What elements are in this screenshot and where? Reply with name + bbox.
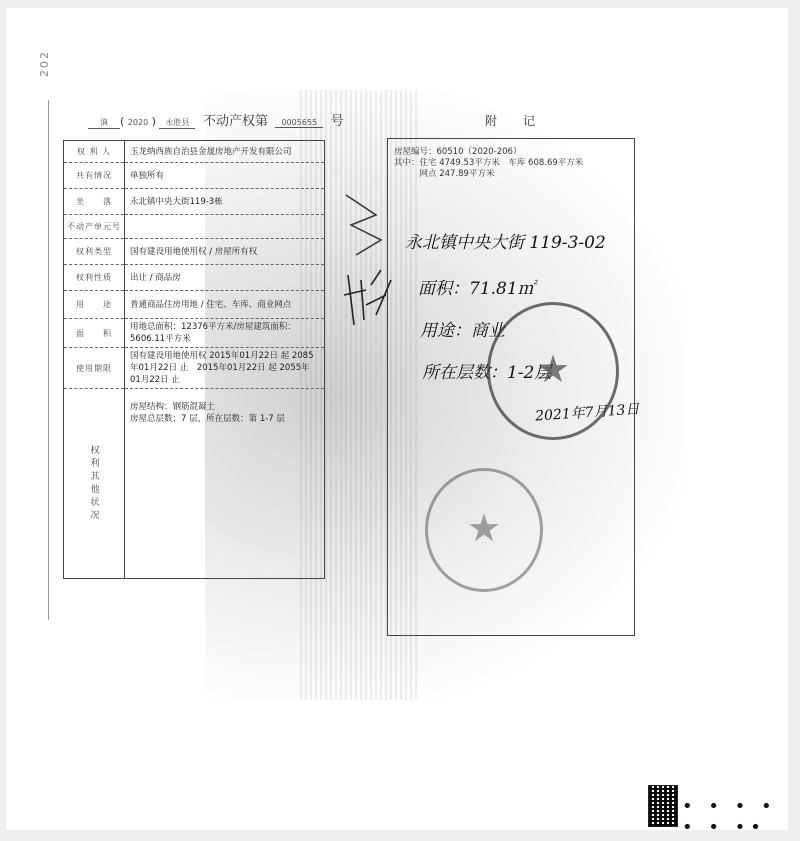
table-row: 共有情况单独所有 [64,163,325,189]
field-label: 权利其他状况 [64,389,125,579]
field-label: 共有情况 [64,163,125,189]
handwritten-area: 面积：71.81㎡ [418,274,535,299]
field-value: 用地总面积：12376平方米/房屋建筑面积：5606.11平方米 [125,319,325,348]
side-page-number: 202 [38,50,51,77]
field-label: 权利性质 [64,265,125,291]
table-row: 不动产单元号 [64,215,325,239]
table-row-other-status: 权利其他状况房屋结构：钢筋混凝土房屋总层数：7 层，所在层数：第 1-7 层 [64,389,325,579]
other-status-label: 权利其他状况 [88,445,101,523]
field-label: 权 利 人 [64,141,125,163]
footer-dots: • • • • • • •• [682,796,800,838]
field-value: 单独所有 [125,163,325,189]
header-year: 2020 [128,118,148,127]
attachment-line: 房屋编号：60510（2020-206） [394,147,583,158]
handwritten-signature [336,185,396,335]
qr-code [648,785,678,827]
table-row: 权利类型国有建设用地使用权 / 房屋所有权 [64,239,325,265]
other-status-line: 房屋总层数：7 层，所在层数：第 1-7 层 [130,413,319,425]
header-cert-number: 0005655 [275,118,323,128]
attachment-title: 附记 [485,112,561,129]
table-row: 坐 落永北镇中央大街119-3栋 [64,189,325,215]
header-prefix: 滇 [88,117,120,129]
table-row: 用 途普通商品住房用地 / 住宅、车库、商业网点 [64,291,325,319]
attachment-line: 其中：住宅 4749.53平方米 车库 608.69平方米 [394,158,583,169]
company-seal-upper: ★ [487,302,619,440]
star-icon: ★ [467,506,501,550]
field-value: 国有建设用地使用权 / 房屋所有权 [125,239,325,265]
header-county: 永胜县 [159,117,195,129]
attachment-printed-text: 房屋编号：60510（2020-206） 其中：住宅 4749.53平方米 车库… [394,147,583,180]
table-row: 权利性质出让 / 商品房 [64,265,325,291]
header-suffix: 号 [331,114,344,129]
table-row: 权 利 人玉龙纳西族自治县金晟房地产开发有限公司 [64,141,325,163]
field-label: 面 积 [64,319,125,348]
company-seal-lower: ★ [425,468,543,592]
certificate-header: 滇( 2020 ) 永胜县 不动产权第 0005655 号 [88,110,348,129]
handwritten-address: 永北镇中央大街 119-3-02 [405,228,606,253]
field-value: 出让 / 商品房 [125,265,325,291]
attachment-line: 网点 247.89平方米 [394,169,583,180]
field-value [125,215,325,239]
table-row: 面 积用地总面积：12376平方米/房屋建筑面积：5606.11平方米 [64,319,325,348]
field-value: 玉龙纳西族自治县金晟房地产开发有限公司 [125,141,325,163]
field-value: 永北镇中央大街119-3栋 [125,189,325,215]
margin-line [48,100,49,620]
field-label: 使用期限 [64,348,125,389]
handwritten-use: 用途：商业 [420,316,505,341]
field-value: 国有建设用地使用权 2015年01月22日 起 2085年01月22日 止 20… [125,348,325,389]
header-cert-label: 不动产权第 [203,114,268,129]
field-label: 坐 落 [64,189,125,215]
other-status-line: 房屋结构：钢筋混凝土 [130,401,319,413]
star-icon: ★ [536,347,570,391]
registration-table: 权 利 人玉龙纳西族自治县金晟房地产开发有限公司共有情况单独所有坐 落永北镇中央… [63,140,325,579]
field-label: 用 途 [64,291,125,319]
field-label: 权利类型 [64,239,125,265]
table-row: 使用期限国有建设用地使用权 2015年01月22日 起 2085年01月22日 … [64,348,325,389]
field-label: 不动产单元号 [64,215,125,239]
field-value: 普通商品住房用地 / 住宅、车库、商业网点 [125,291,325,319]
